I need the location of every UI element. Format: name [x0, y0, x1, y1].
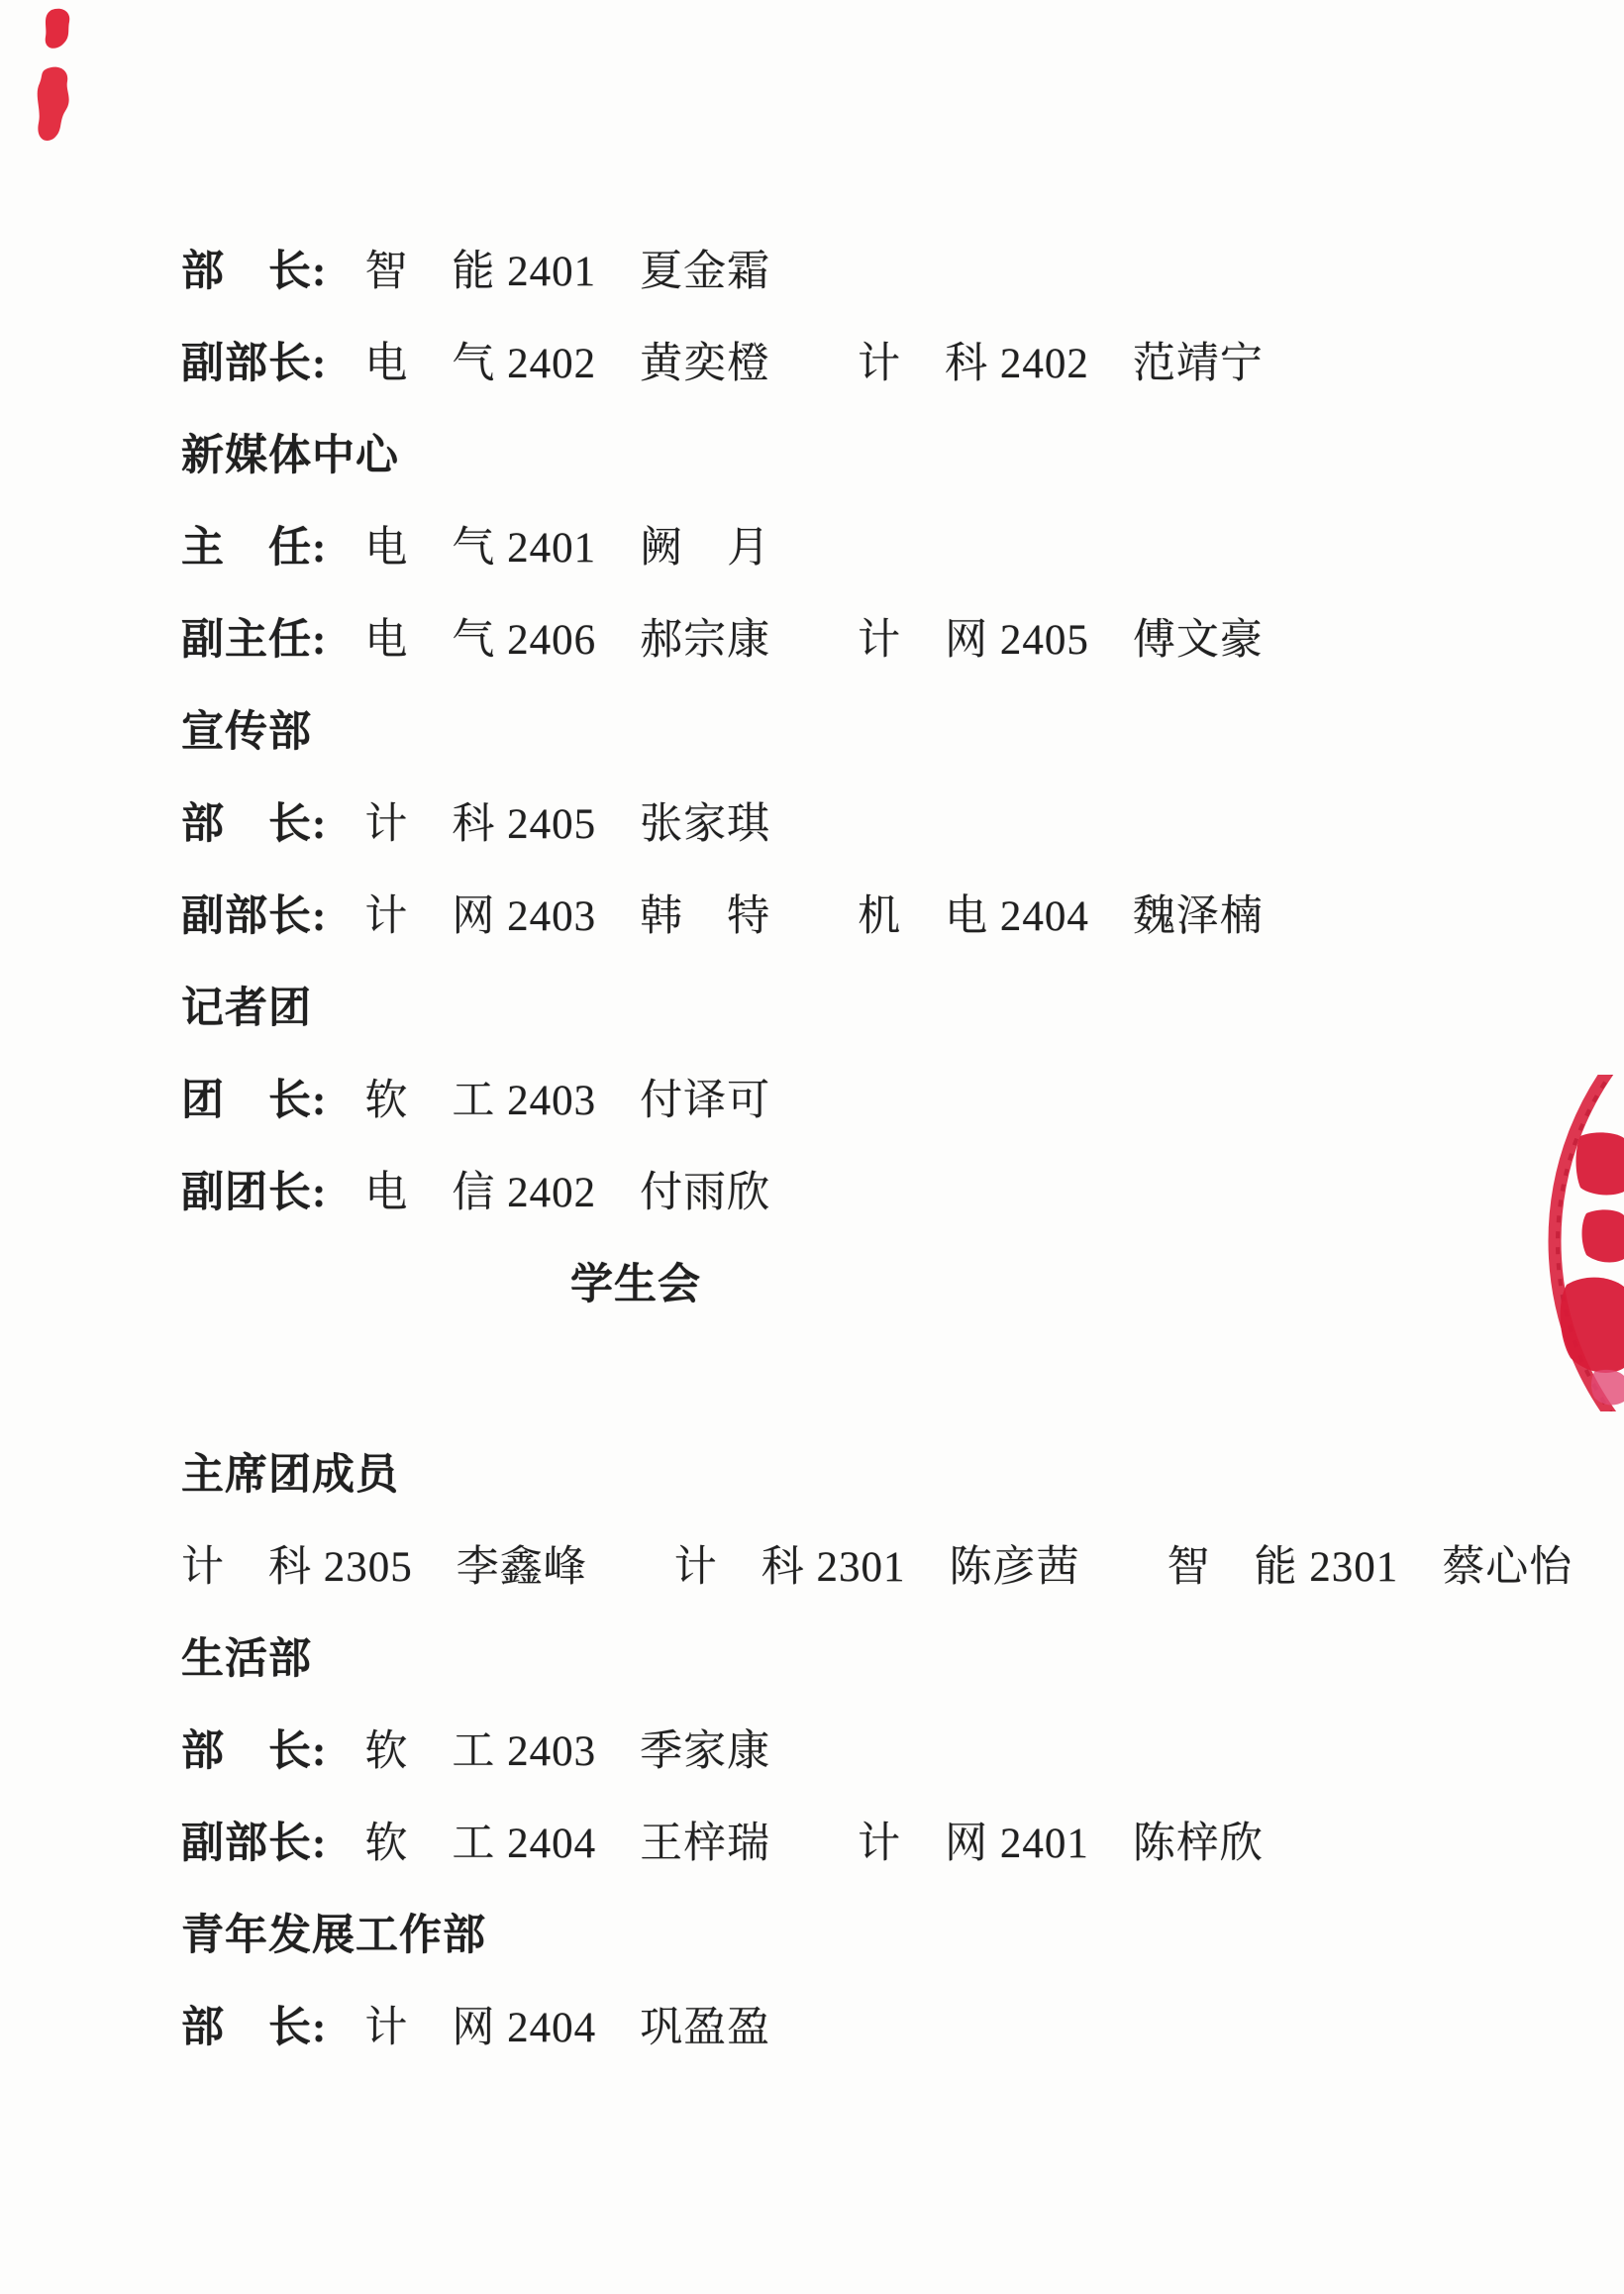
section-heading: 宣传部: [181, 710, 1528, 756]
position-label: 副主任:: [181, 617, 327, 664]
roster-text: 软 工 2403 付译可: [364, 1078, 770, 1124]
section-heading: 青年发展工作部: [181, 1914, 1528, 1959]
official-seal-stamp-icon: [1525, 1075, 1624, 1411]
roster-line: 计 科 2305 李鑫峰 计 科 2301 陈彦茜 智 能 2301 蔡心怡: [181, 1545, 1528, 1591]
roster-line: 副团长:电 信 2402 付雨欣: [181, 1171, 1528, 1216]
section-heading: 记者团: [181, 987, 1528, 1032]
roster-text: 软 工 2403 季家康: [364, 1728, 770, 1775]
roster-line: 副主任:电 气 2406 郝宗康 计 网 2405 傅文豪: [181, 618, 1528, 664]
position-label: 主 任:: [181, 525, 327, 572]
roster-text: 软 工 2404 王梓瑞 计 网 2401 陈梓欣: [364, 1821, 1264, 1867]
roster-line: 部 长:智 能 2401 夏金霜: [181, 250, 1528, 295]
position-label: 部 长:: [181, 249, 327, 295]
roster-text: 计 科 2305 李鑫峰 计 科 2301 陈彦茜 智 能 2301 蔡心怡: [181, 1544, 1573, 1591]
document-title: 学生会: [181, 1263, 1090, 1308]
roster-line: 部 长:软 工 2403 季家康: [181, 1729, 1528, 1775]
document-lines: 部 长:智 能 2401 夏金霜副部长:电 气 2402 黄奕橙 计 科 240…: [181, 250, 1528, 2098]
roster-line: 团 长:软 工 2403 付译可: [181, 1079, 1528, 1124]
roster-text: 生活部: [181, 1636, 312, 1683]
red-stamp-fragment-icon: [28, 4, 97, 148]
roster-text: 新媒体中心: [181, 433, 399, 479]
position-label: 副部长:: [181, 893, 327, 940]
roster-text: 计 科 2405 张家琪: [364, 801, 770, 848]
roster-text: 宣传部: [181, 709, 312, 756]
roster-text: 计 网 2404 巩盈盈: [364, 2005, 770, 2051]
roster-text: 计 网 2403 韩 特 机 电 2404 魏泽楠: [364, 893, 1264, 940]
roster-line: 副部长:计 网 2403 韩 特 机 电 2404 魏泽楠: [181, 894, 1528, 940]
position-label: 副部长:: [181, 1821, 327, 1867]
position-label: 副团长:: [181, 1170, 327, 1216]
roster-text: 智 能 2401 夏金霜: [364, 249, 770, 295]
roster-text: 学生会: [570, 1262, 701, 1308]
position-label: 部 长:: [181, 1728, 327, 1775]
roster-text: 电 气 2401 阙 月: [364, 525, 770, 572]
roster-line: 部 长:计 网 2404 巩盈盈: [181, 2006, 1528, 2051]
position-label: 部 长:: [181, 801, 327, 848]
roster-text: 电 气 2406 郝宗康 计 网 2405 傅文豪: [364, 617, 1264, 664]
roster-line: 副部长:软 工 2404 王梓瑞 计 网 2401 陈梓欣: [181, 1822, 1528, 1867]
section-heading: 主席团成员: [181, 1453, 1528, 1499]
roster-text: 记者团: [181, 986, 312, 1032]
section-heading: 生活部: [181, 1637, 1528, 1683]
section-heading: 新媒体中心: [181, 434, 1528, 479]
roster-line: 主 任:电 气 2401 阙 月: [181, 526, 1528, 572]
roster-text: 电 信 2402 付雨欣: [364, 1170, 770, 1216]
scanned-document-page: 部 长:智 能 2401 夏金霜副部长:电 气 2402 黄奕橙 计 科 240…: [0, 0, 1624, 2294]
position-label: 部 长:: [181, 2005, 327, 2051]
roster-line: 副部长:电 气 2402 黄奕橙 计 科 2402 范靖宁: [181, 342, 1528, 387]
roster-text: 青年发展工作部: [181, 1913, 486, 1959]
position-label: 团 长:: [181, 1078, 327, 1124]
roster-line: 部 长:计 科 2405 张家琪: [181, 802, 1528, 848]
roster-text: 主席团成员: [181, 1452, 399, 1499]
roster-text: 电 气 2402 黄奕橙 计 科 2402 范靖宁: [364, 341, 1264, 387]
position-label: 副部长:: [181, 341, 327, 387]
